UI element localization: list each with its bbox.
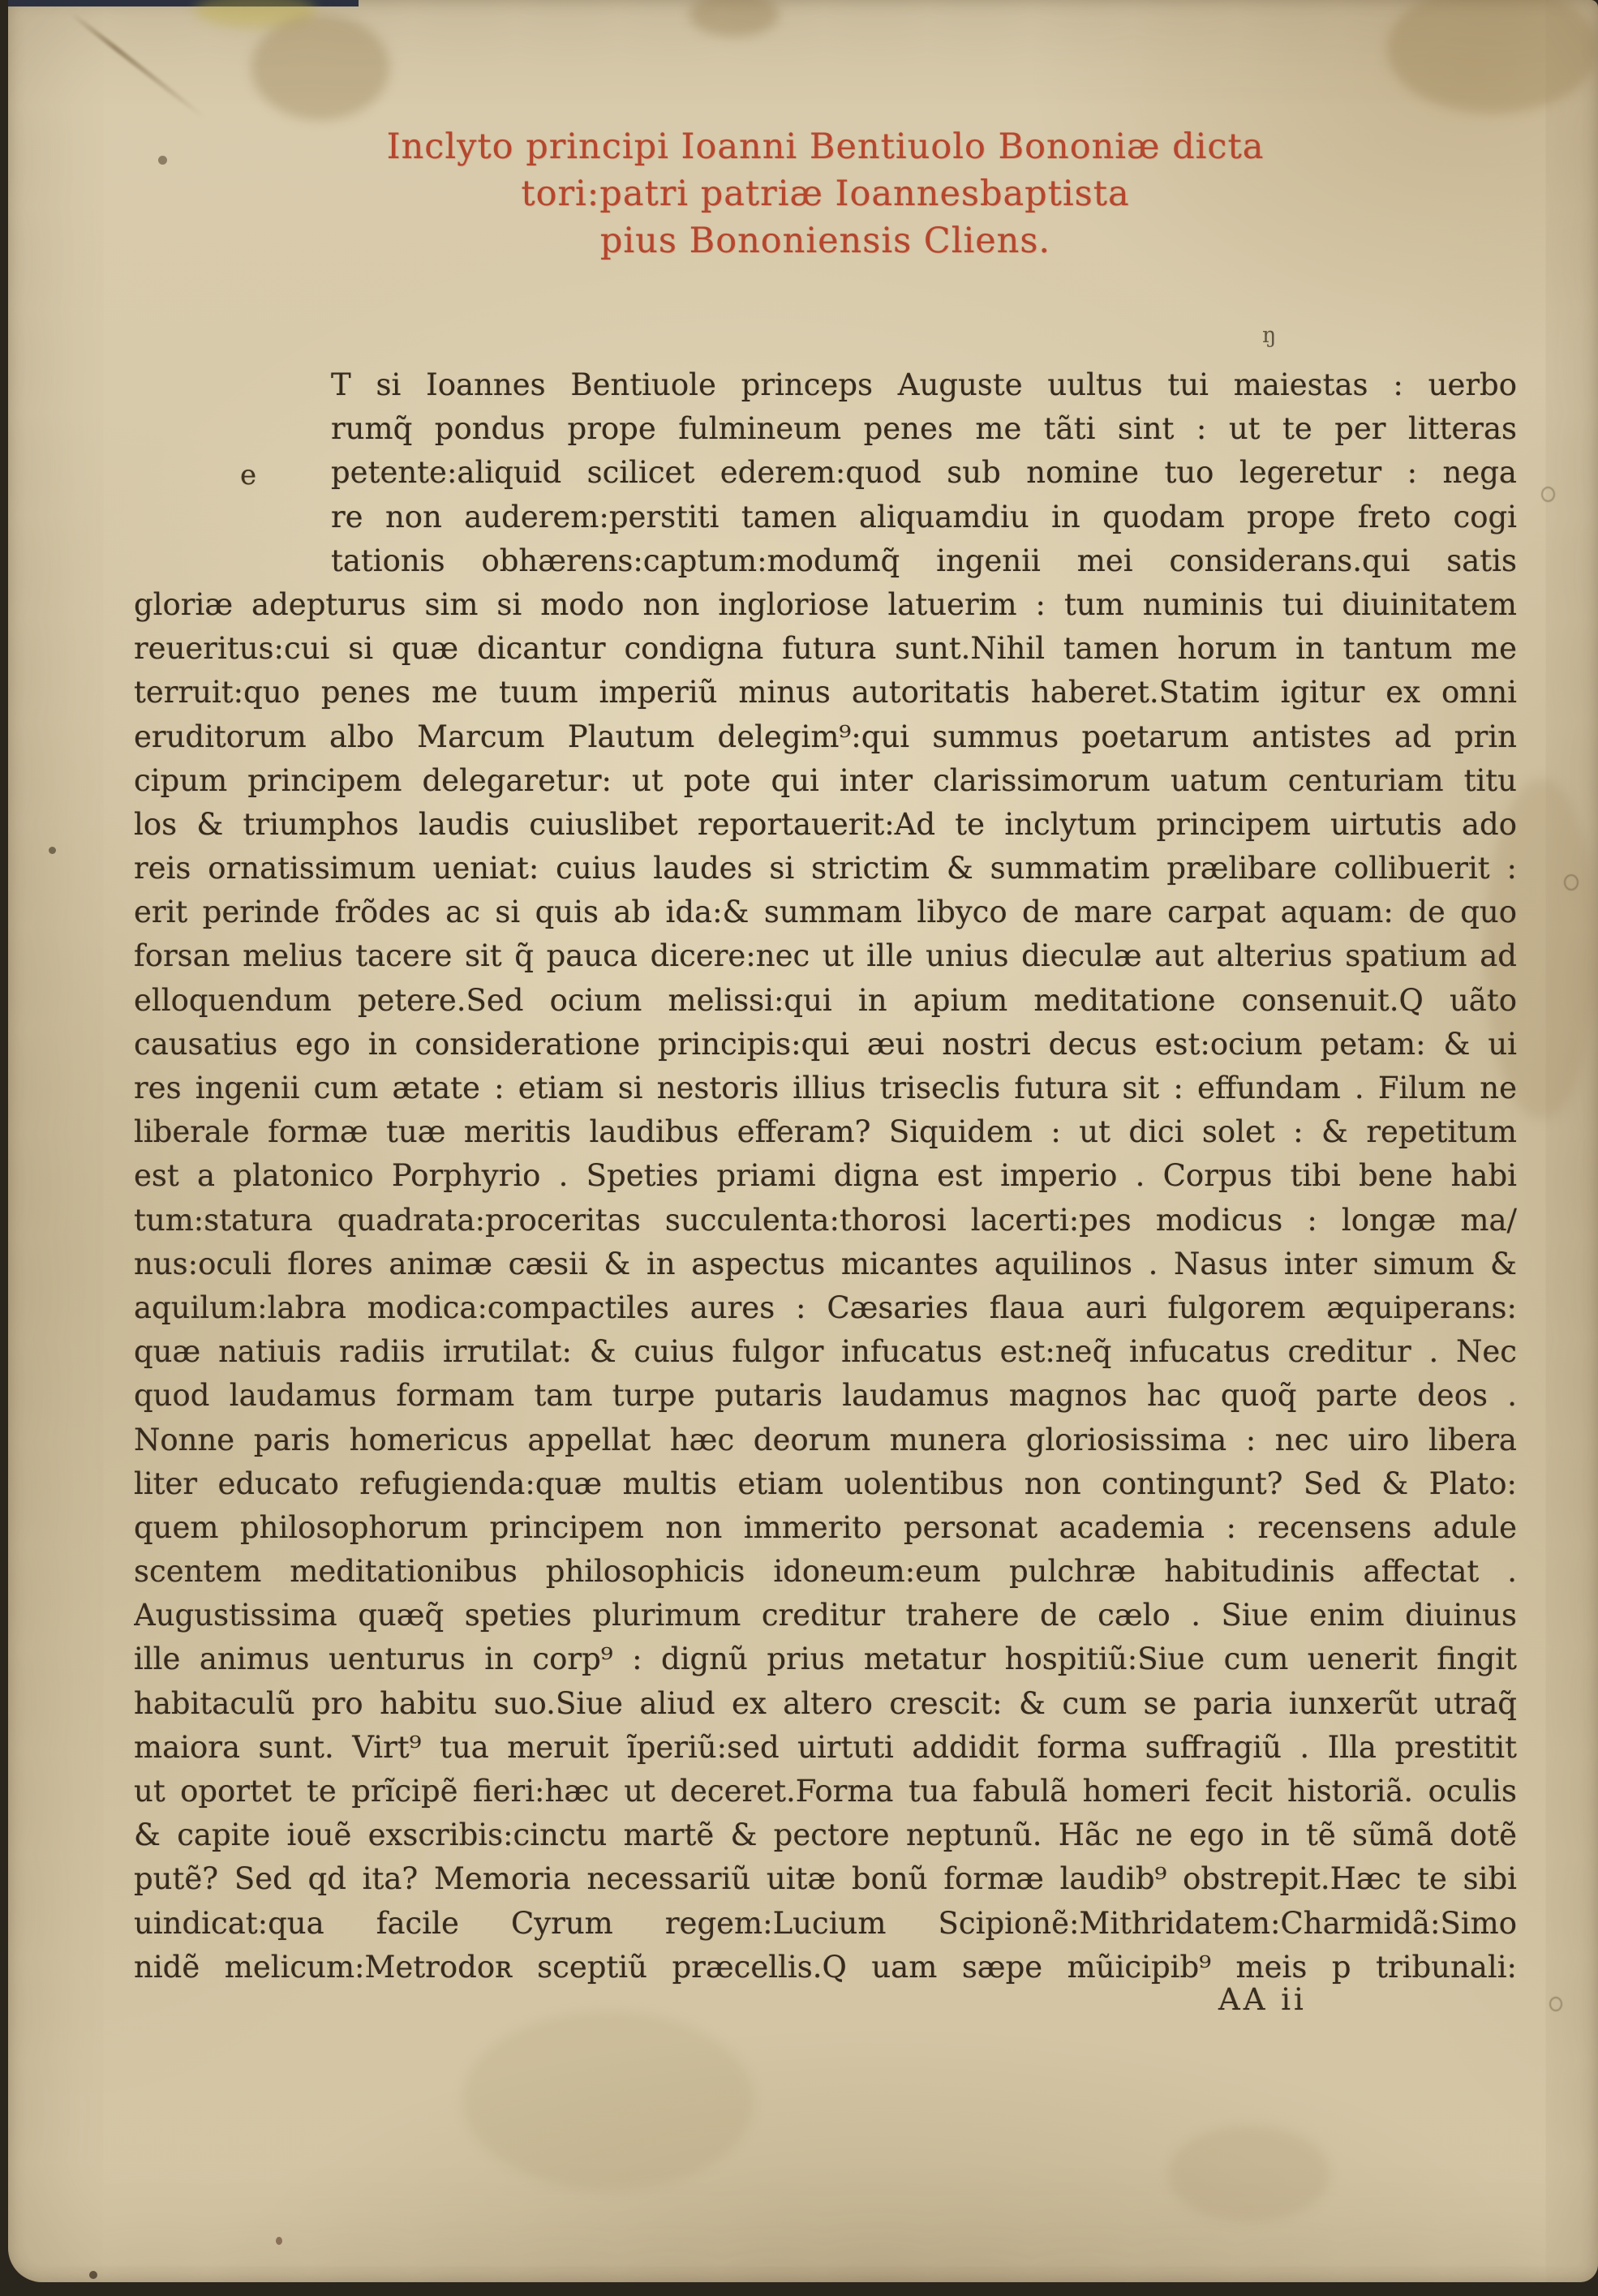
text-line: aquilum:labra modica:compactiles aures :… [134,1286,1517,1330]
text-line: terruit:quo penes me tuum imperiũ minus … [134,671,1517,715]
text-line: tationis obhærens:captum:modumq̃ ingenii… [134,539,1517,583]
text-line: forsan melius tacere sit q̃ pauca dicere… [134,934,1517,978]
text-line: petente:aliquid scilicet ederem:quod sub… [134,451,1517,495]
stain [1387,0,1598,114]
text-line: nidẽ melicum:Metrodoʀ sceptiũ præcellis.… [134,1946,1517,1989]
text-line: reis ornatissimum ueniat: cuius laudes s… [134,847,1517,891]
paper-sheet: Inclyto principi Ioanni Bentiuolo Bononi… [8,0,1598,2282]
margin-squiggle [1549,1997,1562,2011]
text-line: nus:oculi flores animæ cæsii & in aspect… [134,1242,1517,1286]
margin-squiggle [1564,874,1579,891]
text-line: est a platonico Porphyrio . Speties pria… [134,1154,1517,1198]
text-line: eruditorum albo Marcum Plautum delegim⁹:… [134,715,1517,759]
speck [49,847,56,854]
top-edge-shadow [8,0,359,6]
text-line: scentem meditationibus philosophicis ido… [134,1550,1517,1594]
speck [89,2271,97,2279]
text-line: ut oportet te prĩcipẽ fieri:hæc ut decer… [134,1770,1517,1813]
text-line: putẽ? Sed qd ita? Memoria necessariũ uit… [134,1857,1517,1901]
rubric-heading: Inclyto principi Ioanni Bentiuolo Bononi… [134,123,1517,264]
text-line: Augustissima quæq̃ speties plurimum cred… [134,1594,1517,1637]
text-line: uindicat:qua facile Cyrum regem:Lucium S… [134,1902,1517,1946]
heading-line-2: tori:patri patriæ Ioannesbaptista [134,170,1517,217]
text-line: los & triumphos laudis cuiuslibet report… [134,803,1517,847]
signature-mark: AA ii [1218,1982,1307,2017]
text-line: gloriæ adepturus sim si modo non inglori… [134,583,1517,627]
text-line: cipum principem delegaretur: ut pote qui… [134,759,1517,803]
text-line: reueritus:cui si quæ dicantur condigna f… [134,627,1517,671]
text-line: res ingenii cum ætate : etiam si nestori… [134,1066,1517,1110]
text-line: quæ natiuis radiis irrutilat: & cuius fu… [134,1330,1517,1374]
margin-mark: ŋ [1262,323,1276,348]
text-line: habitaculũ pro habitu suo.Siue aliud ex … [134,1682,1517,1726]
heading-line-1: Inclyto principi Ioanni Bentiuolo Bononi… [134,123,1517,170]
text-line: quod laudamus formam tam turpe putaris l… [134,1374,1517,1418]
stain [251,15,389,120]
text-line: ille animus uenturus in corp⁹ : dignũ pr… [134,1637,1517,1681]
text-line: quem philosophorum principem non immerit… [134,1506,1517,1550]
text-line: T si Ioannes Bentiuole princeps Auguste … [134,363,1517,407]
text-line: maiora sunt. Virt⁹ tua meruit ĩperiũ:sed… [134,1726,1517,1770]
body-text: T si Ioannes Bentiuole princeps Auguste … [134,363,1517,1989]
text-line: rumq̃ pondus prope fulmineum penes me tã… [134,407,1517,451]
stain [1168,2125,1330,2222]
text-line: causatius ego in consideratione principi… [134,1023,1517,1066]
speck [276,2237,282,2245]
stain [462,2011,754,2190]
text-line: liberale formæ tuæ meritis laudibus effe… [134,1110,1517,1154]
text-line: tum:statura quadrata:proceritas succulen… [134,1199,1517,1242]
text-line: & capite iouẽ exscribis:cinctu martẽ & p… [134,1813,1517,1857]
text-line: re non auderem:perstiti tamen aliquamdiu… [134,496,1517,539]
margin-squiggle [1541,487,1555,502]
heading-line-3: pius Bononiensis Cliens. [134,217,1517,264]
text-line: Nonne paris homericus appellat hæc deoru… [134,1418,1517,1462]
crease-mark [69,11,206,120]
photographed-page: Inclyto principi Ioanni Bentiuolo Bononi… [0,0,1598,2296]
stain [689,0,779,36]
text-line: liter educato refugienda:quæ multis etia… [134,1462,1517,1506]
text-line: erit perinde frõdes ac si quis ab ida:& … [134,891,1517,934]
text-line: elloquendum petere.Sed ocium melissi:qui… [134,979,1517,1023]
